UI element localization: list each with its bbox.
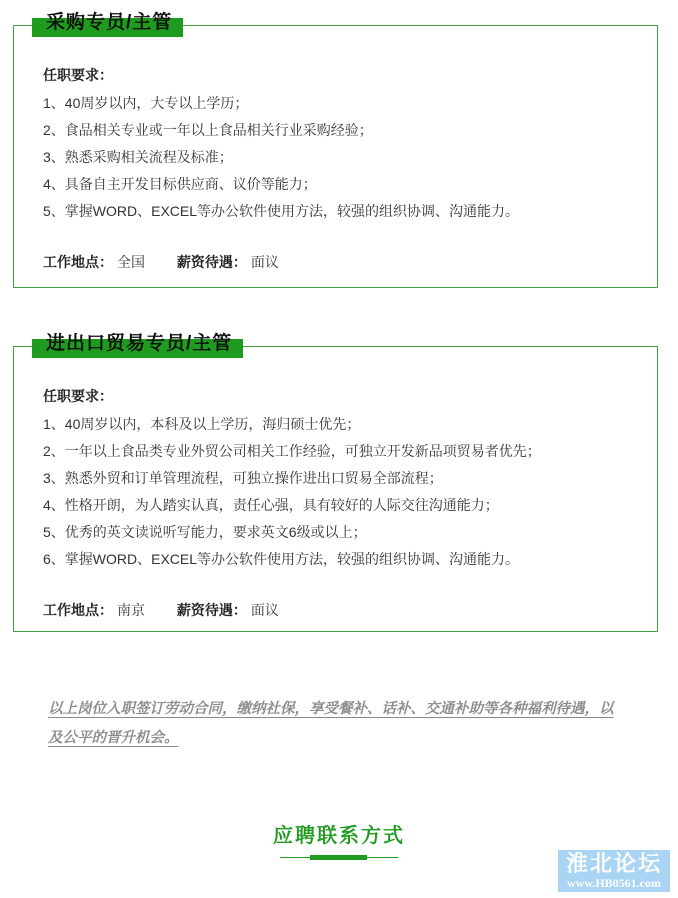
requirement-item: 6、掌握WORD、EXCEL等办公软件使用方法，较强的组织协调、沟通能力。 (43, 546, 639, 573)
location-value: 南京 (117, 602, 145, 618)
requirements-label: 任职要求： (43, 383, 639, 410)
requirement-item: 4、性格开朗，为人踏实认真，责任心强，具有较好的人际交往沟通能力； (43, 492, 639, 519)
benefits-note: 以上岗位入职签订劳动合同，缴纳社保，享受餐补、话补、交通补助等各种福利待遇，以及… (48, 695, 623, 753)
requirement-item: 5、掌握WORD、EXCEL等办公软件使用方法，较强的组织协调、沟通能力。 (43, 198, 639, 225)
forum-watermark-name: 淮北论坛 (558, 852, 670, 876)
requirement-item: 5、优秀的英文读说听写能力，要求英文6级或以上； (43, 519, 639, 546)
location-label: 工作地点： (43, 602, 113, 618)
job-meta: 工作地点：南京 薪资待遇：面议 (43, 597, 639, 624)
requirement-item: 1、40周岁以内，大专以上学历； (43, 90, 639, 117)
job-title: 采购专员/主管 (46, 12, 172, 33)
salary-value: 面议 (251, 602, 279, 618)
decorative-thick-line (310, 855, 367, 860)
job-title: 进出口贸易专员/主管 (46, 333, 232, 354)
salary-label: 薪资待遇： (177, 254, 247, 270)
job-section-trade-header: 进出口贸易专员/主管 (32, 328, 243, 355)
job-section-purchasing-header: 采购专员/主管 (32, 7, 183, 34)
requirements-label: 任职要求： (43, 62, 639, 89)
requirement-item: 3、熟悉外贸和订单管理流程，可独立操作进出口贸易全部流程； (43, 465, 639, 492)
decorative-underline (280, 855, 398, 860)
contact-heading: 应聘联系方式 (0, 819, 678, 848)
job-section-trade: 进出口贸易专员/主管 任职要求： 1、40周岁以内，本科及以上学历，海归硕士优先… (13, 346, 658, 632)
requirement-item: 2、食品相关专业或一年以上食品相关行业采购经验； (43, 117, 639, 144)
requirement-item: 3、熟悉采购相关流程及标准； (43, 144, 639, 171)
forum-watermark: 淮北论坛 www.HB0561.com (558, 850, 670, 892)
job-meta: 工作地点：全国 薪资待遇：面议 (43, 249, 639, 276)
requirement-item: 2、一年以上食品类专业外贸公司相关工作经验，可独立开发新品项贸易者优先； (43, 438, 639, 465)
location-label: 工作地点： (43, 254, 113, 270)
requirement-item: 1、40周岁以内，本科及以上学历，海归硕士优先； (43, 411, 639, 438)
salary-label: 薪资待遇： (177, 602, 247, 618)
location-value: 全国 (117, 254, 145, 270)
job-section-purchasing: 采购专员/主管 任职要求： 1、40周岁以内，大专以上学历； 2、食品相关专业或… (13, 25, 658, 288)
salary-value: 面议 (251, 254, 279, 270)
requirement-item: 4、具备自主开发目标供应商、议价等能力； (43, 171, 639, 198)
forum-watermark-url: www.HB0561.com (558, 876, 670, 890)
